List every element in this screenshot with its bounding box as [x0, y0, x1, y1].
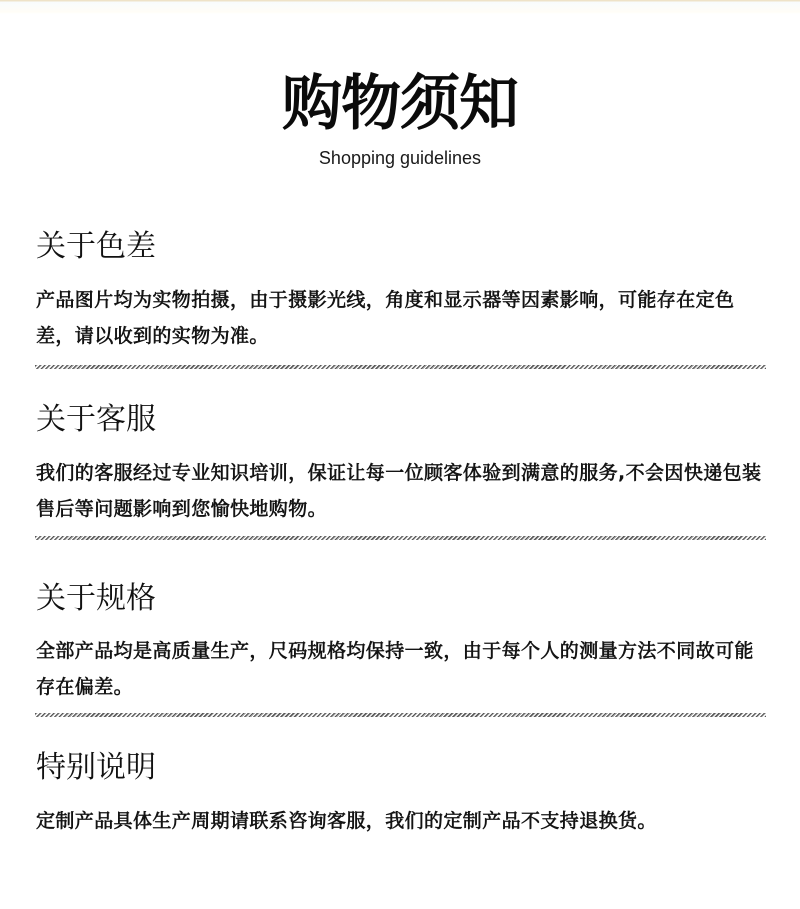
section-body: 我们的客服经过专业知识培训，保证让每一位顾客体验到满意的服务,不会因快递包装售后… [36, 455, 766, 527]
section-specifications: 关于规格 全部产品均是高质量生产，尺码规格均保持一致，由于每个人的测量方法不同故… [36, 581, 766, 705]
section-customer-service: 关于客服 我们的客服经过专业知识培训，保证让每一位顾客体验到满意的服务,不会因快… [36, 402, 766, 527]
wavy-divider [35, 536, 766, 540]
page-subtitle: Shopping guidelines [0, 147, 800, 169]
section-title: 关于规格 [36, 581, 766, 617]
section-title: 关于色差 [36, 229, 766, 265]
wavy-divider [35, 365, 766, 369]
section-body: 全部产品均是高质量生产，尺码规格均保持一致，由于每个人的测量方法不同故可能存在偏… [36, 633, 766, 705]
section-body: 产品图片均为实物拍摄，由于摄影光线，角度和显示器等因素影响，可能存在定色差，请以… [36, 282, 766, 354]
wavy-divider [35, 713, 766, 717]
page-header: 购物须知 Shopping guidelines [0, 68, 800, 169]
section-body: 定制产品具体生产周期请联系咨询客服，我们的定制产品不支持退换货。 [36, 803, 766, 839]
top-decorative-band [0, 0, 800, 14]
page-title: 购物须知 [0, 68, 800, 140]
section-special-notes: 特别说明 定制产品具体生产周期请联系咨询客服，我们的定制产品不支持退换货。 [36, 750, 766, 839]
section-title: 关于客服 [36, 402, 766, 438]
section-title: 特别说明 [36, 750, 766, 786]
section-color-difference: 关于色差 产品图片均为实物拍摄，由于摄影光线，角度和显示器等因素影响，可能存在定… [36, 229, 766, 354]
